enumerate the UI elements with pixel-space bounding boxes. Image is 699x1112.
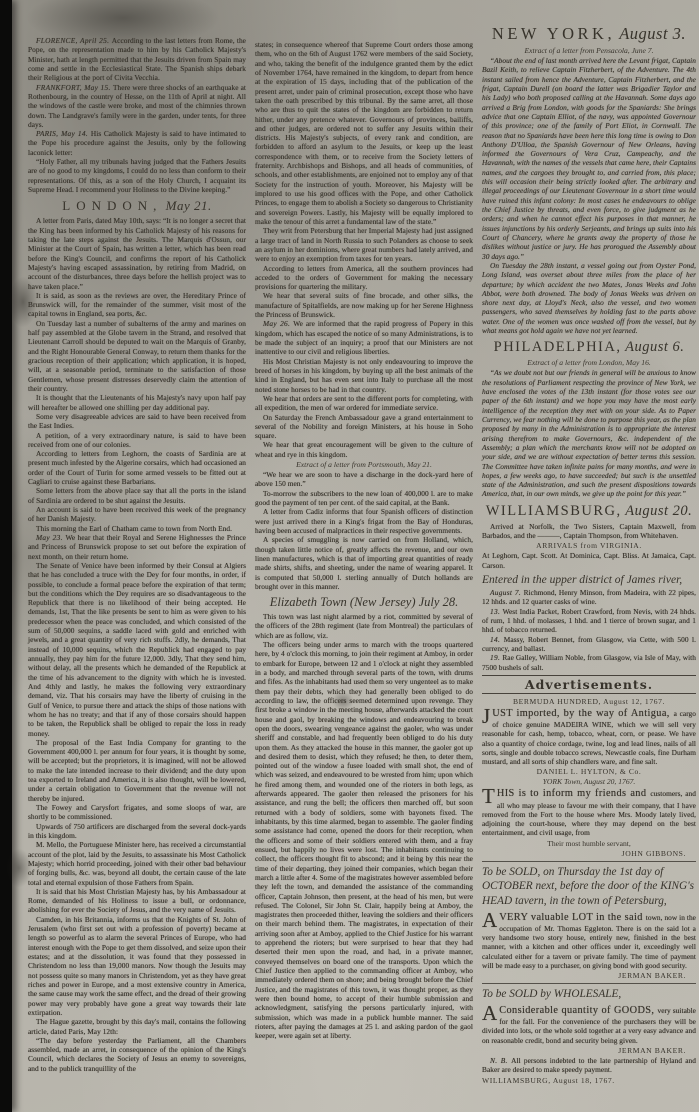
- section-dateline-heading: LONDON, May 21.: [28, 198, 246, 214]
- dateline-lead: PARIS, May 14.: [36, 129, 91, 138]
- news-paragraph: A letter from Paris, dated May 10th, say…: [28, 216, 246, 291]
- news-paragraph: His Most Christian Majesty is not only e…: [255, 357, 473, 394]
- ad-lead-line: UST imported, by the way of Antigua,: [492, 708, 673, 719]
- news-paragraph: It is said, as soon as the reviews are o…: [28, 291, 246, 319]
- news-paragraph: 13. West India Packet, Robert Crawford, …: [482, 607, 696, 635]
- dateline-lead: FLORENCE, April 25.: [36, 36, 112, 45]
- news-paragraph: “Holy Father, all my tribunals having ju…: [28, 157, 246, 194]
- news-paragraph: “About the end of last month arrived her…: [482, 56, 696, 261]
- letter-extract-subheading: Extract of a letter from Portsmouth, May…: [255, 460, 473, 469]
- news-paragraph: On Saturday the French Ambassadour gave …: [255, 413, 473, 441]
- news-paragraph: To-morrow the subscribers to the new loa…: [255, 489, 473, 508]
- letter-extract-subheading: Extract of a letter from London, May 16.: [482, 358, 696, 367]
- news-paragraph: May 26. We are informed that the rapid p…: [255, 319, 473, 356]
- dateline-lead: August 7.: [490, 588, 524, 597]
- italic-heading: Elizabeth Town (New Jersey) July 28.: [255, 595, 473, 610]
- news-paragraph: We hear that great encouragement will be…: [255, 440, 473, 459]
- news-paragraph: Upwards of 750 artificers are discharged…: [28, 822, 246, 841]
- news-paragraph: The Senate of Venice have been informed …: [28, 561, 246, 738]
- text-line: WILLIAMSBURG, August 18, 1767.: [482, 1076, 696, 1085]
- drop-cap: A: [482, 1004, 499, 1021]
- text-line: BERMUDA HUNDRED, August 12, 1767.: [482, 697, 696, 706]
- heading-city: NEW YORK,: [492, 24, 615, 43]
- news-paragraph: This morning the Earl of Chatham came to…: [28, 524, 246, 533]
- heading-date: May 21.: [166, 198, 212, 213]
- news-paragraph: “The day before yesterday the Parliament…: [28, 1036, 246, 1073]
- news-paragraph: FRANKFORT, May 15. There were three shoc…: [28, 83, 246, 130]
- news-paragraph: May 23. We hear that their Royal and Ser…: [28, 533, 246, 561]
- drop-cap: J: [482, 707, 492, 724]
- section-dateline-heading: PHILADELPHIA, August 6.: [482, 339, 696, 356]
- news-paragraph: The proposal of the East India Company f…: [28, 738, 246, 803]
- advertisement-paragraph: JUST imported, by the way of Antigua, a …: [482, 707, 696, 767]
- text-line: Their most humble servant,: [482, 839, 696, 848]
- news-paragraph: According to letters from America, all t…: [255, 264, 473, 292]
- dateline-lead: 14.: [490, 635, 504, 644]
- news-paragraph: The Hague gazette, brought by this day's…: [28, 1017, 246, 1036]
- advertisement-paragraph: AConsiderable quantity of GOODS, very su…: [482, 1004, 696, 1045]
- column-2: states; in consequence whereof that Supr…: [255, 18, 473, 1086]
- news-paragraph: They writ from Petersburg that her Imper…: [255, 226, 473, 263]
- news-paragraph: On Tuesday the 28th instant, a vessel go…: [482, 261, 696, 336]
- news-paragraph: This town was last night alarmed by a ri…: [255, 612, 473, 640]
- advertisement-paragraph: AVERY valuable LOT in the said town, now…: [482, 911, 696, 971]
- news-paragraph: “We hear we are soon to have a discharge…: [255, 470, 473, 489]
- heading-date: August 6.: [625, 339, 684, 355]
- column-1: FLORENCE, April 25. According to the las…: [28, 18, 246, 1086]
- heading-city: PHILADELPHIA,: [494, 339, 622, 355]
- ad-lead-line: Considerable quantity of GOODS,: [499, 1005, 657, 1016]
- news-paragraph: At Leghorn, Capt. Scott. At Dominica, Ca…: [482, 551, 696, 570]
- text-columns: FLORENCE, April 25. According to the las…: [28, 18, 696, 1086]
- newspaper-page: FLORENCE, April 25. According to the las…: [0, 0, 699, 1112]
- column-3: NEW YORK, August 3.Extract of a letter f…: [482, 18, 696, 1086]
- dateline-lead: May 26.: [263, 319, 293, 328]
- divider-rule: [482, 983, 696, 984]
- news-paragraph: It is said that his Most Christian Majes…: [28, 887, 246, 915]
- news-paragraph: The officers being under arms to march w…: [255, 640, 473, 1040]
- text-line: ARRIVALS from VIRGINIA.: [482, 541, 696, 550]
- news-paragraph: PARIS, May 14. His Catholick Majesty is …: [28, 129, 246, 157]
- drop-cap: A: [482, 911, 499, 928]
- dateline-lead: N. B.: [490, 1056, 511, 1065]
- letter-extract-subheading: Extract of a letter from Pensacola, June…: [482, 46, 696, 55]
- news-paragraph: A letter from Cadiz informs that four Sp…: [255, 507, 473, 535]
- news-paragraph: August 7. Richmond, Henry Minson, from M…: [482, 588, 696, 607]
- section-dateline-heading: NEW YORK, August 3.: [482, 24, 696, 44]
- dateline-lead: 19.: [490, 653, 502, 662]
- news-paragraph: On Tuesday last a number of subalterns o…: [28, 319, 246, 394]
- scan-edge-left: [0, 0, 12, 1112]
- signature-line: JOHN GIBBONS.: [482, 849, 696, 858]
- news-paragraph: states; in consequence whereof that Supr…: [255, 40, 473, 226]
- news-paragraph: “As we doubt not but our friends in gene…: [482, 368, 696, 498]
- text-line: YORK Town, August 20, 1767.: [482, 777, 696, 786]
- ad-lead-line: HIS is to inform my friends and: [497, 788, 650, 799]
- section-dateline-heading: WILLIAMSBURG, August 20.: [482, 503, 696, 520]
- heading-city: LONDON,: [62, 198, 162, 213]
- dateline-lead: 13.: [490, 607, 503, 616]
- signature-line: JERMAN BAKER.: [482, 1046, 696, 1055]
- news-paragraph: 14. Massy, Robert Bennet, from Glasgow, …: [482, 635, 696, 654]
- news-paragraph: Some very disagreeable advices are said …: [28, 412, 246, 431]
- news-paragraph: We hear that orders are sent to the diff…: [255, 394, 473, 413]
- signature-line: JERMAN BAKER.: [482, 971, 696, 980]
- dateline-lead: May 23.: [36, 533, 65, 542]
- news-paragraph: It is thought that the Lieutenants of hi…: [28, 393, 246, 412]
- news-paragraph: An account is said to have been received…: [28, 505, 246, 524]
- news-paragraph: 19. Rae Galley, William Noble, from Glas…: [482, 653, 696, 672]
- text-line: DANIEL L. HYLTON, & Co.: [482, 767, 696, 776]
- news-paragraph: According to letters from Leghorn, the c…: [28, 449, 246, 486]
- news-paragraph: A petition, of a very extraordinary natu…: [28, 431, 246, 450]
- news-paragraph: The Fowey and Carysfort frigates, and so…: [28, 803, 246, 822]
- news-paragraph: Arrived at Norfolk, the Two Sisters, Cap…: [482, 522, 696, 541]
- news-paragraph: Some letters from the above place say th…: [28, 486, 246, 505]
- divider-rule: [482, 861, 696, 862]
- advertisements-header: Advertisements.: [482, 675, 696, 694]
- news-paragraph: A species of smuggling is now carried on…: [255, 535, 473, 591]
- advertisement-paragraph: THIS is to inform my friends and custome…: [482, 787, 696, 837]
- news-paragraph: N. B. All persons indebted to the late p…: [482, 1056, 696, 1075]
- heading-city: WILLIAMSBURG,: [486, 503, 622, 519]
- italic-heading: Entered in the upper district of James r…: [482, 574, 696, 586]
- news-paragraph: FLORENCE, April 25. According to the las…: [28, 36, 246, 83]
- news-paragraph: We hear that several suits of fine broca…: [255, 291, 473, 319]
- heading-date: August 3.: [619, 24, 686, 43]
- ad-lead-line: VERY valuable LOT in the said: [499, 912, 646, 923]
- text-line: To be SOLD by WHOLESALE,: [482, 987, 696, 1002]
- dateline-lead: FRANKFORT, May 15.: [36, 83, 113, 92]
- news-paragraph: Camden, in his Britannia, informs us tha…: [28, 915, 246, 1017]
- heading-date: August 20.: [625, 503, 692, 519]
- news-paragraph: M. Mello, the Portuguese Minister here, …: [28, 840, 246, 887]
- drop-cap: T: [482, 787, 497, 804]
- text-line: To be SOLD, on Thursday the 1st day of O…: [482, 865, 696, 909]
